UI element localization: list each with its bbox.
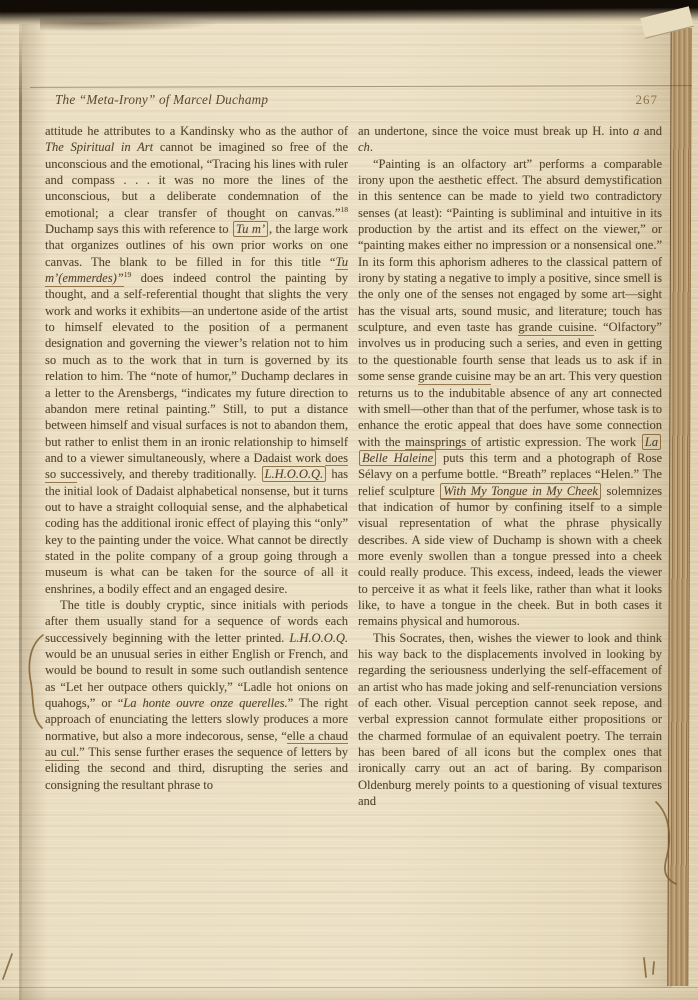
running-head: The “Meta-Irony” of Marcel Duchamp 267 bbox=[55, 92, 658, 108]
pen-boxed-text: With My Tongue in My Cheek bbox=[440, 483, 601, 500]
page-number: 267 bbox=[636, 92, 659, 108]
text-segment: L.H.O.O.Q. bbox=[289, 631, 348, 645]
text-segment: an undertone, since the voice must break… bbox=[358, 124, 633, 138]
book-page-scan: The “Meta-Irony” of Marcel Duchamp 267 a… bbox=[0, 0, 698, 1000]
right-column: an undertone, since the voice must break… bbox=[358, 123, 662, 809]
text-segment: . bbox=[370, 140, 373, 154]
pen-margin-brace-left bbox=[26, 633, 48, 731]
pen-margin-bracket-right bbox=[650, 800, 678, 890]
text-segment: La honte ouvre onze querelles. bbox=[123, 696, 287, 710]
text-columns: attitude he attributes to a Kandinsky wh… bbox=[45, 123, 662, 809]
header-rule bbox=[30, 85, 692, 88]
paragraph: The title is doubly cryptic, since initi… bbox=[45, 597, 348, 793]
text-segment: This Socrates, then, wishes the viewer t… bbox=[358, 631, 662, 808]
pen-boxed-text: Tu m’ bbox=[233, 221, 268, 237]
paragraph: attitude he attributes to a Kandinsky wh… bbox=[45, 123, 348, 597]
running-title: The “Meta-Irony” of Marcel Duchamp bbox=[55, 92, 268, 108]
text-segment: solemnizes that indication of humor by c… bbox=[358, 484, 662, 629]
paragraph: an undertone, since the voice must break… bbox=[358, 123, 662, 156]
text-segment: ch bbox=[358, 140, 370, 154]
footnote-reference: 18 bbox=[341, 205, 349, 214]
text-segment: The Spiritual in Art bbox=[45, 140, 153, 154]
pen-boxed-text: L.H.O.O.Q. bbox=[262, 466, 327, 482]
scan-smudge bbox=[40, 18, 220, 32]
pen-underlined-text: grande cuisine bbox=[518, 320, 593, 336]
text-segment: ” This sense further erases the sequence… bbox=[45, 745, 348, 792]
pen-stray-marks-bottom-right bbox=[640, 955, 662, 981]
text-segment: “Painting is an olfactory art” performs … bbox=[358, 157, 662, 334]
text-segment: attitude he attributes to a Kandinsky wh… bbox=[45, 124, 348, 138]
left-column: attitude he attributes to a Kandinsky wh… bbox=[45, 123, 348, 809]
paragraph: “Painting is an olfactory art” performs … bbox=[358, 156, 662, 630]
text-segment: and bbox=[639, 124, 662, 138]
text-segment: does indeed control the painting by thou… bbox=[45, 271, 348, 465]
text-segment: Duchamp says this with reference to bbox=[45, 222, 232, 236]
bottom-page-edge bbox=[0, 987, 698, 1000]
text-segment: artistic expression. The work bbox=[481, 435, 640, 449]
pen-underlined-text: grande cuisine bbox=[418, 369, 491, 385]
pen-underlined-text: mainsprings of bbox=[405, 435, 481, 451]
pen-stray-mark-bottom-left bbox=[1, 952, 15, 982]
paragraph: This Socrates, then, wishes the viewer t… bbox=[358, 630, 662, 810]
text-segment: has the initial look of Dadaist alphabet… bbox=[45, 467, 348, 595]
text-segment: cessively, and thereby traditionally. bbox=[77, 467, 261, 481]
